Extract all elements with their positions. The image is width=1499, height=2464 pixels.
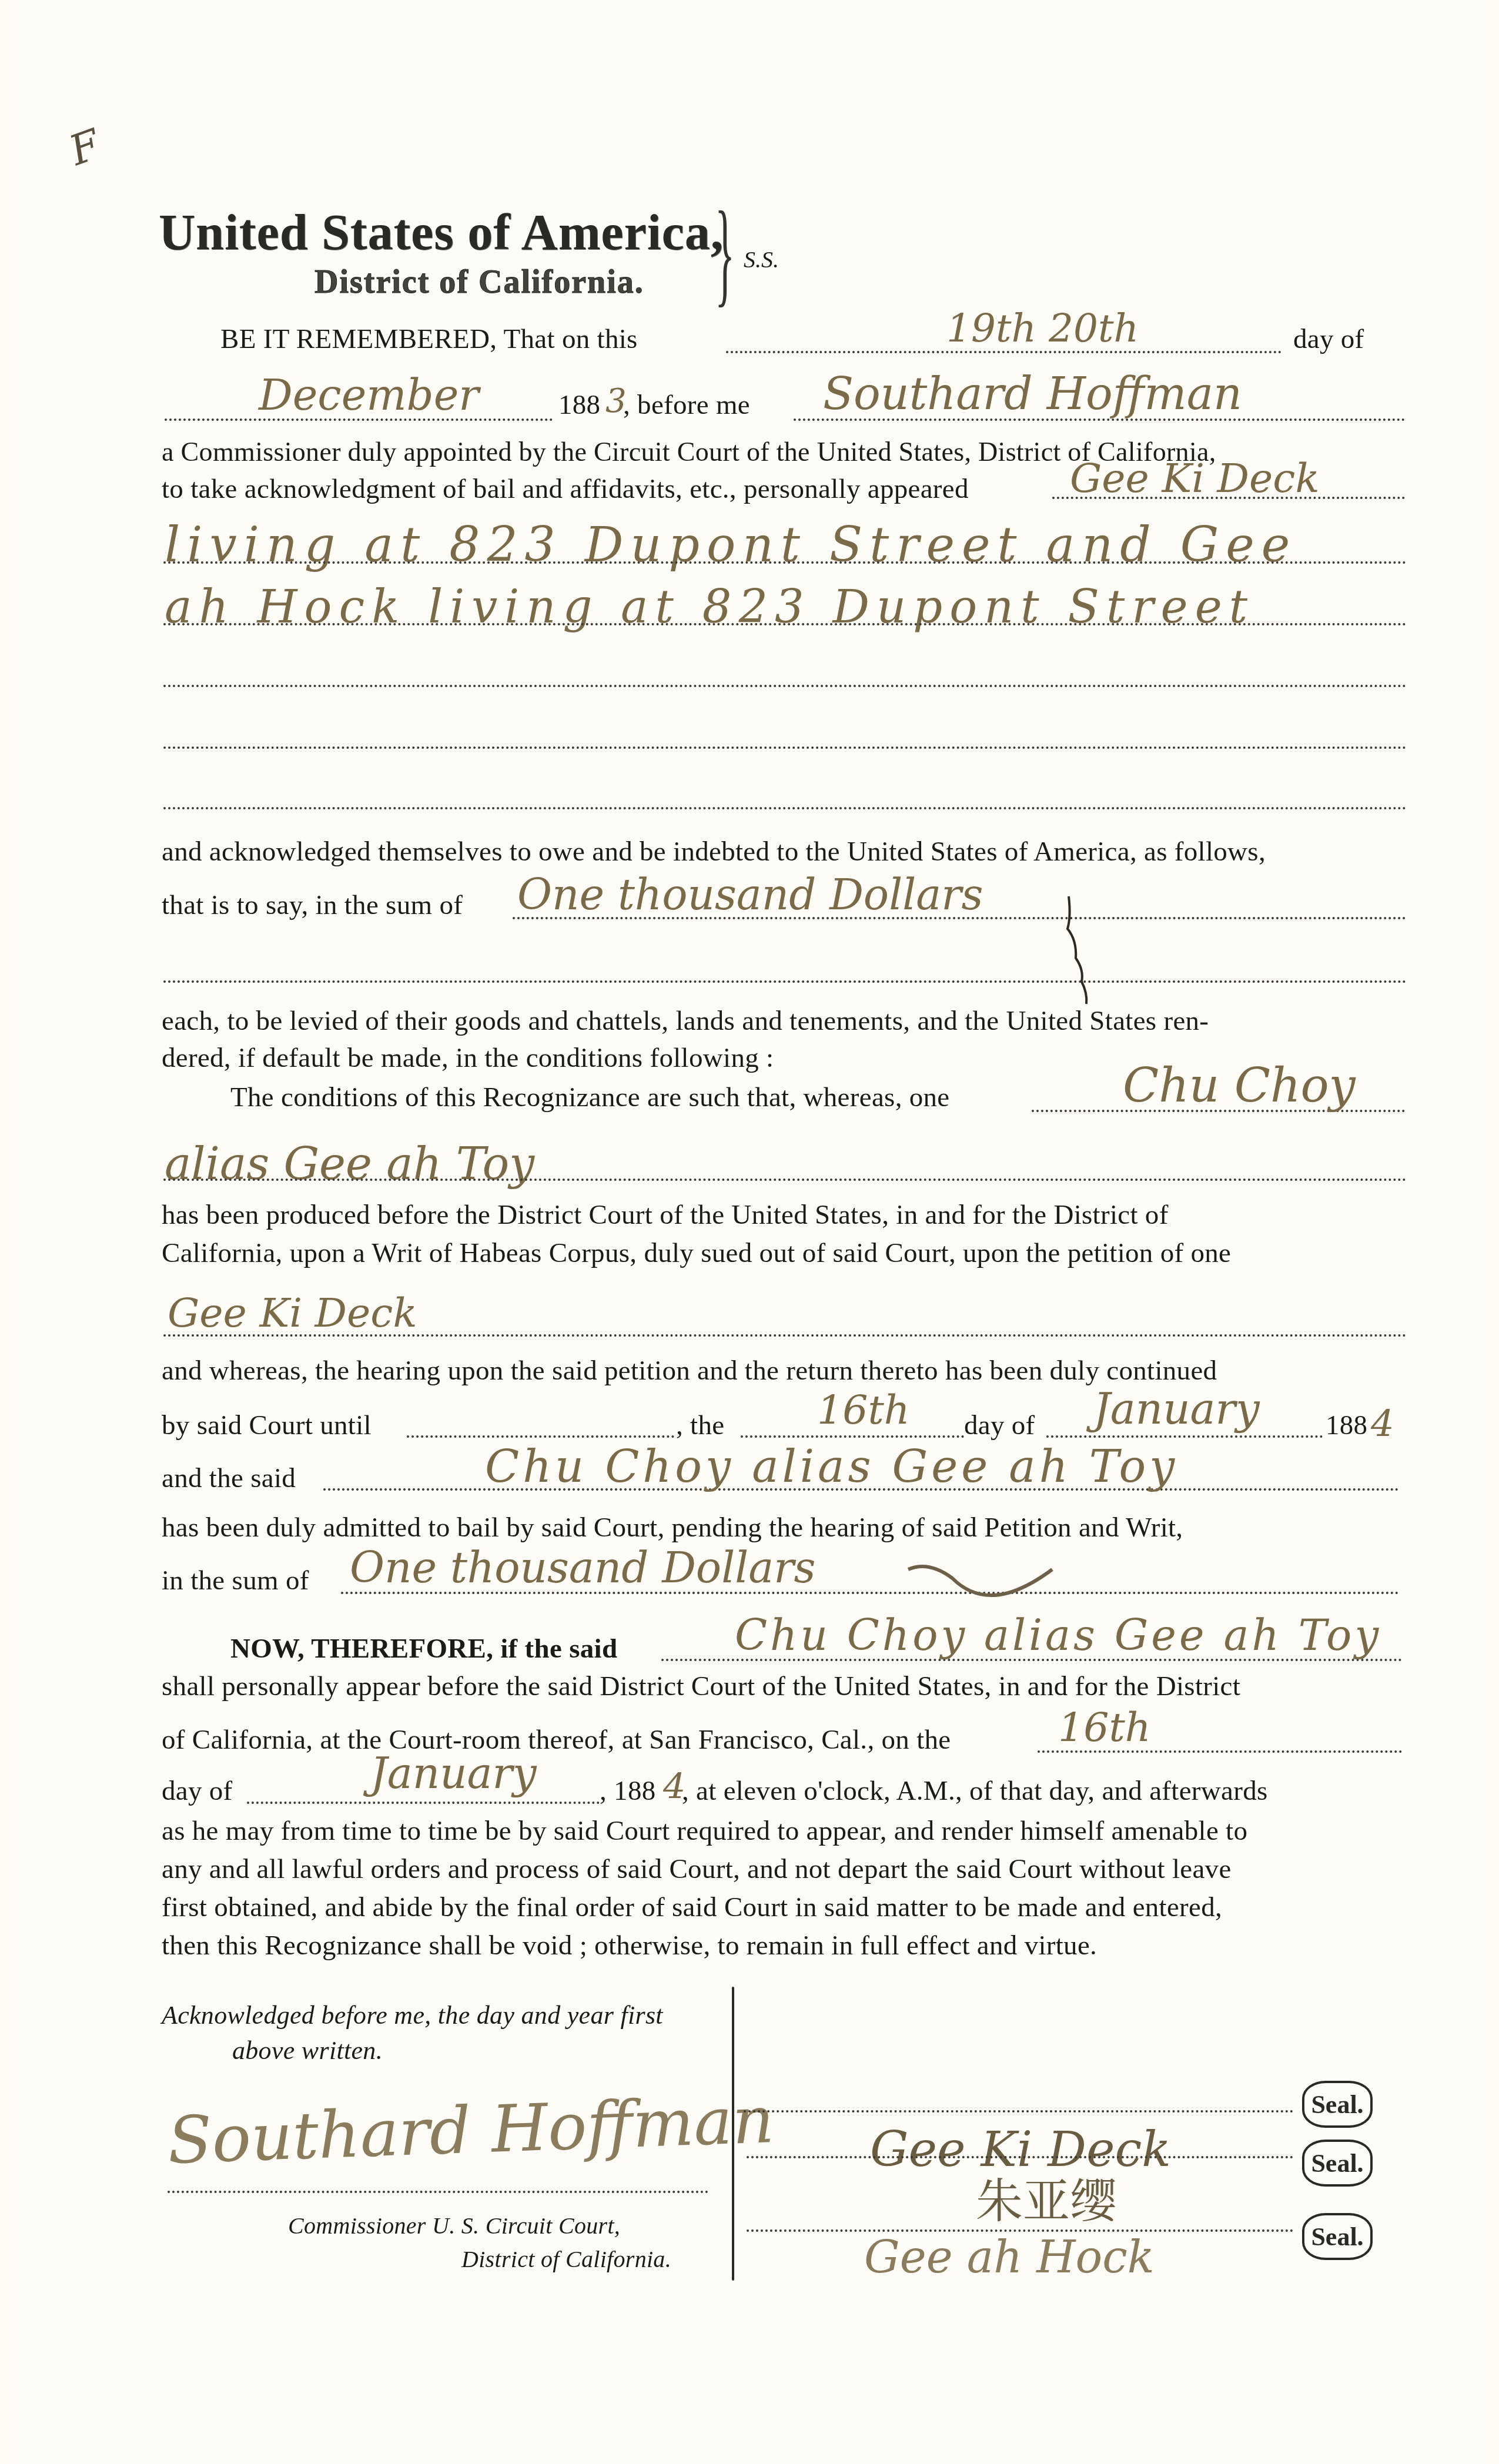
day-of-text: day of (1293, 323, 1364, 355)
day-field-line (726, 351, 1281, 353)
therefore-name-value: Chu Choy alias Gee ah Toy (735, 1611, 1381, 1660)
default-text: dered, if default be made, in the condit… (162, 1042, 774, 1074)
seal-2: Seal. (1302, 2140, 1373, 2187)
residence-line-2: ah Hock living at 823 Dupont Street (165, 581, 1254, 634)
commissioner-duly-text: a Commissioner duly appointed by the Cir… (162, 436, 1216, 468)
appearance-day-value: 16th (1058, 1705, 1151, 1751)
produced-text: has been produced before the District Co… (162, 1199, 1169, 1231)
court-room-text: of California, at the Court-room thereof… (162, 1724, 951, 1756)
surety-signature-2: 朱亚缨 (976, 2163, 1117, 2231)
acknowledged-before-me-text: Acknowledged before me, the day and year… (162, 2000, 663, 2030)
signature-divider (732, 1987, 734, 2281)
appearance-month-value: January (370, 1749, 537, 1798)
sum-blank-line (163, 980, 1407, 983)
the-text: , the (676, 1410, 724, 1441)
before-me-text: , before me (623, 389, 750, 421)
commissioner-title-2: District of California. (461, 2245, 671, 2273)
admitted-to-bail-text: has been duly admitted to bail by said C… (162, 1512, 1183, 1544)
amenable-text: as he may from time to time be by said C… (162, 1815, 1247, 1847)
eleven-oclock-text: , at eleven o'clock, A.M., of that day, … (682, 1775, 1268, 1807)
habeas-corpus-text: California, upon a Writ of Habeas Corpus… (162, 1237, 1231, 1269)
appearance-year-prefix: , 188 (600, 1775, 656, 1807)
hearing-month-line (1046, 1435, 1323, 1438)
hearing-continued-text: and whereas, the hearing upon the said p… (162, 1355, 1217, 1387)
bail-sum-of-text: in the sum of (162, 1565, 309, 1596)
sum-field-value: One thousand Dollars (517, 870, 983, 919)
commissioner-field-value: Southard Hoffman (823, 367, 1242, 420)
petitioner-field-line (163, 1334, 1407, 1337)
commissioner-signature-line (168, 2191, 708, 2193)
blank-line-3 (163, 685, 1407, 687)
surety-line-1 (744, 2110, 1293, 2113)
blank-line-4 (163, 746, 1407, 749)
and-the-said-text: and the said (162, 1462, 296, 1494)
above-written-text: above written. (232, 2036, 383, 2065)
appearance-month-line (247, 1802, 600, 1804)
hearing-year-digit: 4 (1371, 1402, 1394, 1445)
hearing-month-value: January (1093, 1384, 1260, 1434)
header-ss: S.S. (744, 246, 779, 273)
day-field-value: 19th 20th (946, 306, 1139, 351)
lawful-orders-text: any and all lawful orders and process of… (162, 1853, 1232, 1885)
corner-mark: F (63, 120, 106, 175)
bail-sum-flourish-icon (905, 1561, 1058, 1608)
surety-line-2 (747, 2156, 1293, 2158)
appeared-field-value: Gee Ki Deck (1070, 456, 1320, 502)
header-title: United States of America, (159, 203, 724, 262)
residence-line-1: living at 823 Dupont Street and Gee (165, 517, 1297, 573)
month-field-value: December (259, 370, 479, 420)
commissioner-title-1: Commissioner U. S. Circuit Court, (288, 2212, 620, 2239)
header-subtitle: District of California. (314, 263, 644, 301)
blank-line-1 (163, 561, 1407, 564)
commissioner-signature: Southard Hoffman (166, 2082, 775, 2178)
conditions-text: The conditions of this Recognizance are … (230, 1082, 950, 1113)
surety-signature-3: Gee ah Hock (864, 2231, 1155, 2283)
seal-3: Seal. (1302, 2213, 1373, 2260)
now-therefore-text: NOW, THEREFORE, if the said (230, 1633, 617, 1665)
acknowledged-themselves-text: and acknowledged themselves to owe and b… (162, 836, 1266, 868)
personally-appeared-text: to take acknowledgment of bail and affid… (162, 473, 969, 505)
hearing-day-of-text: day of (964, 1410, 1035, 1441)
hearing-day-value: 16th (817, 1387, 910, 1434)
appearance-day-of-text: day of (162, 1775, 233, 1807)
void-text: then this Recognizance shall be void ; o… (162, 1930, 1097, 1961)
blank-line-2 (163, 623, 1407, 625)
defendant-name: Chu Choy (1123, 1058, 1356, 1113)
sum-of-text: that is to say, in the sum of (162, 889, 463, 921)
seal-1: Seal. (1302, 2081, 1373, 2128)
blank-line-5 (163, 807, 1407, 809)
header-brace: } (715, 194, 735, 312)
until-field-line (407, 1435, 674, 1438)
hearing-year-prefix: 188 (1326, 1410, 1367, 1441)
remembered-text: BE IT REMEMBERED, That on this (220, 323, 638, 355)
defendant-alias: alias Gee ah Toy (165, 1137, 534, 1190)
bail-sum-value: One thousand Dollars (350, 1543, 816, 1592)
personally-appear-text: shall personally appear before the said … (162, 1670, 1240, 1702)
final-order-text: first obtained, and abide by the final o… (162, 1891, 1222, 1923)
levied-text: each, to be levied of their goods and ch… (162, 1005, 1209, 1037)
hearing-day-line (741, 1435, 964, 1438)
said-name-value: Chu Choy alias Gee ah Toy (485, 1440, 1178, 1492)
year-prefix: 188 (558, 389, 600, 421)
until-text: by said Court until (162, 1410, 372, 1441)
alias-field-line (163, 1179, 1407, 1181)
petitioner-name: Gee Ki Deck (168, 1290, 417, 1337)
sum-flourish-icon (1064, 893, 1099, 1005)
document-page: F United States of America, District of … (12, 0, 1487, 2464)
